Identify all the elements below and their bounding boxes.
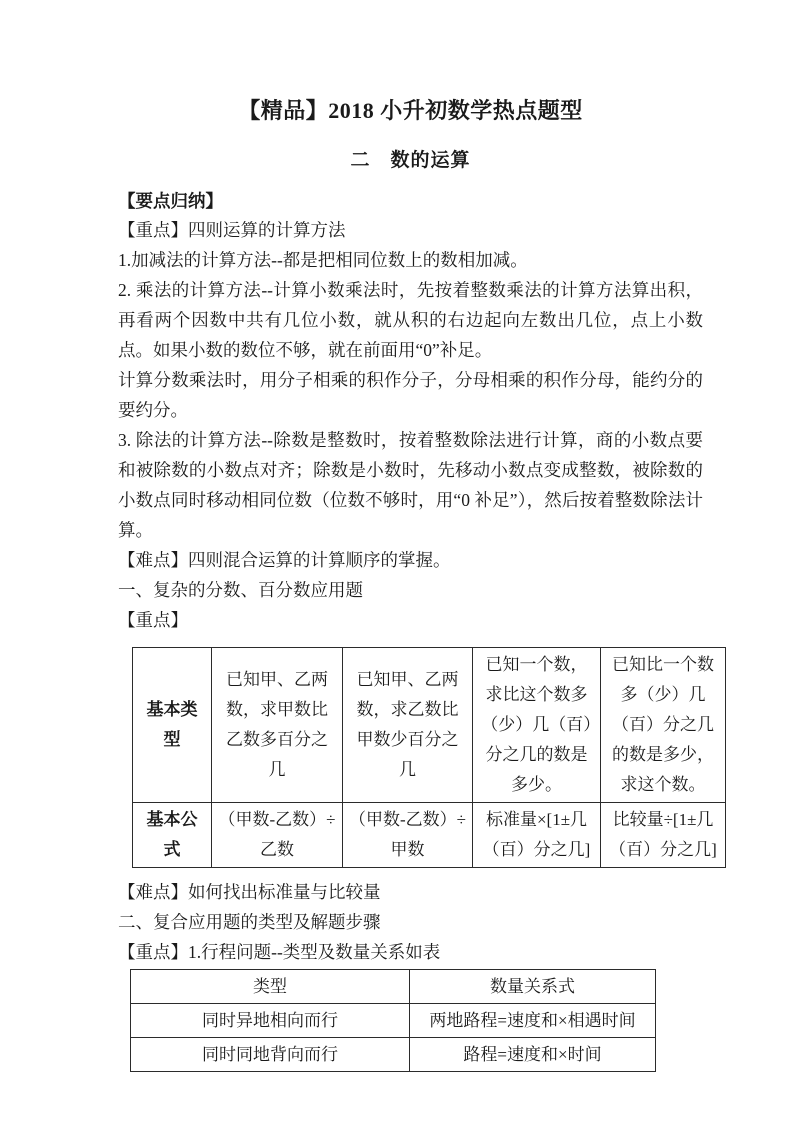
table2-row1-relation: 两地路程=速度和×相遇时间 <box>410 1004 656 1038</box>
table-row: 同时异地相向而行 两地路程=速度和×相遇时间 <box>131 1004 656 1038</box>
table-row: 基本类型 已知甲、乙两数，求甲数比乙数多百分之几 已知甲、乙两数，求乙数比甲数少… <box>133 648 726 803</box>
paragraph-multiplication: 2. 乘法的计算方法--计算小数乘法时，先按着整数乘法的计算方法算出积，再看两个… <box>118 275 703 365</box>
table2-row1-type: 同时异地相向而行 <box>131 1004 410 1038</box>
heading-section-two: 二、复合应用题的类型及解题步骤 <box>118 907 703 937</box>
table-travel-relations: 类型 数量关系式 同时异地相向而行 两地路程=速度和×相遇时间 同时同地背向而行… <box>130 969 656 1072</box>
paragraph-important-label: 【重点】 <box>118 605 703 635</box>
table1-row1-cell1: 已知甲、乙两数，求甲数比乙数多百分之几 <box>212 648 343 803</box>
table1-row2-cell1: （甲数-乙数）÷乙数 <box>212 803 343 868</box>
table1-row1-cell3: 已知一个数，求比这个数多（少）几（百）分之几的数是多少。 <box>473 648 601 803</box>
table2-row2-relation: 路程=速度和×时间 <box>410 1038 656 1072</box>
paragraph-important-methods: 【重点】四则运算的计算方法 <box>118 215 703 245</box>
table-basic-types: 基本类型 已知甲、乙两数，求甲数比乙数多百分之几 已知甲、乙两数，求乙数比甲数少… <box>132 647 726 868</box>
table1-row2-cell3: 标准量×[1±几（百）分之几] <box>473 803 601 868</box>
table2-row2-type: 同时同地背向而行 <box>131 1038 410 1072</box>
paragraph-addition-subtraction: 1.加减法的计算方法--都是把相同位数上的数相加减。 <box>118 245 703 275</box>
table1-row2-cell2: （甲数-乙数）÷甲数 <box>343 803 473 868</box>
paragraph-important-travel: 【重点】1.行程问题--类型及数量关系如表 <box>118 937 703 967</box>
paragraph-division: 3. 除法的计算方法--除数是整数时，按着整数除法进行计算，商的小数点要和被除数… <box>118 425 703 545</box>
table2-header-relation: 数量关系式 <box>410 970 656 1004</box>
table-row: 类型 数量关系式 <box>131 970 656 1004</box>
paragraph-fraction-multiplication: 计算分数乘法时，用分子相乘的积作分子，分母相乘的积作分母，能约分的要约分。 <box>118 365 703 425</box>
table-row: 基本公式 （甲数-乙数）÷乙数 （甲数-乙数）÷甲数 标准量×[1±几（百）分之… <box>133 803 726 868</box>
section-header-keypoints: 【要点归纳】 <box>118 187 703 215</box>
doc-subtitle: 二 数的运算 <box>118 147 703 175</box>
doc-title: 【精品】2018 小升初数学热点题型 <box>118 96 703 126</box>
table1-row1-label: 基本类型 <box>133 648 212 803</box>
paragraph-difficulty-order: 【难点】四则混合运算的计算顺序的掌握。 <box>118 545 703 575</box>
document-page: 【精品】2018 小升初数学热点题型 二 数的运算 【要点归纳】 【重点】四则运… <box>0 0 793 1122</box>
table1-row2-cell4: 比较量÷[1±几（百）分之几] <box>601 803 726 868</box>
table-row: 同时同地背向而行 路程=速度和×时间 <box>131 1038 656 1072</box>
heading-section-one: 一、复杂的分数、百分数应用题 <box>118 575 703 605</box>
table2-header-type: 类型 <box>131 970 410 1004</box>
table1-row1-cell2: 已知甲、乙两数，求乙数比甲数少百分之几 <box>343 648 473 803</box>
table1-row1-cell4: 已知比一个数多（少）几（百）分之几的数是多少，求这个数。 <box>601 648 726 803</box>
table1-row2-label: 基本公式 <box>133 803 212 868</box>
paragraph-difficulty-standard: 【难点】如何找出标准量与比较量 <box>118 877 703 907</box>
